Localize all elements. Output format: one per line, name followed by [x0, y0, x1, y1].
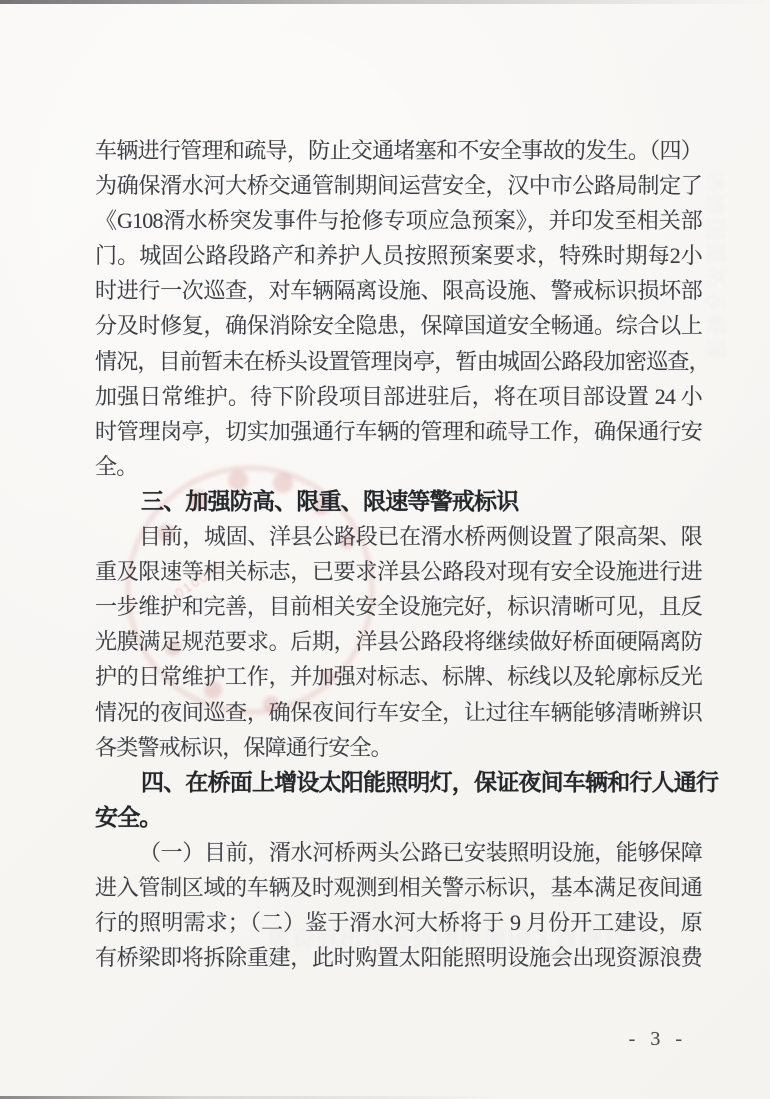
text-line: 重及限速等相关标志，已要求洋县公路段对现有安全设施进行进 — [95, 554, 702, 589]
text-line: 加强日常维护。待下阶段项目部进驻后，将在项目部设置 24 小 — [95, 379, 702, 414]
text-line: 三、加强防高、限重、限速等警戒标识 — [95, 484, 702, 519]
text-line: 护的日常维护工作，并加强对标志、标牌、标线以及轮廓标反光 — [95, 659, 702, 694]
text-line: 有桥梁即将拆除重建，此时购置太阳能照明设施会出现资源浪费 — [95, 940, 702, 975]
text-line: 情况，目前暂未在桥头设置管理岗亭，暂由城固公路段加密巡查， — [95, 344, 702, 379]
text-line: 为确保湑水河大桥交通管制期间运营安全，汉中市公路局制定了 — [95, 168, 702, 203]
text-line: 目前，城固、洋县公路段已在湑水桥两侧设置了限高架、限 — [95, 519, 702, 554]
text-line: 全。 — [95, 449, 702, 484]
document-body: 车辆进行管理和疏导，防止交通堵塞和不安全事故的发生。（四）为确保湑水河大桥交通管… — [95, 133, 702, 975]
text-line: 进入管制区域的车辆及时观测到相关警示标识，基本满足夜间通 — [95, 870, 702, 905]
text-line: 分及时修复，确保消除安全隐患，保障国道安全畅通。综合以上 — [95, 308, 702, 343]
text-line: 一步维护和完善，目前相关安全设施完好，标识清晰可见，且反 — [95, 589, 702, 624]
text-line: 《G108湑水桥突发事件与抢修专项应急预案》，并印发至相关部 — [95, 203, 702, 238]
scan-edge-artifact-top — [0, 0, 770, 4]
text-line: 行的照明需求；（二）鉴于湑水河大桥将于 9 月份开工建设，原 — [95, 905, 702, 940]
text-line: 门。城固公路段路产和养护人员按照预案要求，特殊时期每2小 — [95, 238, 702, 273]
text-line: 各类警戒标识，保障通行安全。 — [95, 730, 702, 765]
text-line: 情况的夜间巡查，确保夜间行车安全，让过往车辆能够清晰辨识 — [95, 695, 702, 730]
page-number: - 3 - — [629, 1028, 687, 1051]
text-line: 四、在桥面上增设太阳能照明灯，保证夜间车辆和行人通行 — [95, 765, 702, 800]
text-line: 时进行一次巡查，对车辆隔离设施、限高设施、警戒标识损坏部 — [95, 273, 702, 308]
bleed-through-ghost: 保障国道安全畅通 — [700, 170, 731, 362]
text-line: 时管理岗亭，切实加强通行车辆的管理和疏导工作，确保通行安 — [95, 414, 702, 449]
text-line: 车辆进行管理和疏导，防止交通堵塞和不安全事故的发生。（四） — [95, 133, 702, 168]
text-line: 光膜满足规范要求。后期，洋县公路段将继续做好桥面硬隔离防 — [95, 624, 702, 659]
text-line: 安全。 — [95, 800, 702, 835]
document-page: 010055 此时购置太阳能照明设施会出现资源 保障国道安全畅通 车辆进行管理和… — [0, 0, 770, 1099]
text-line: （一）目前，湑水河桥两头公路已安装照明设施，能够保障 — [95, 835, 702, 870]
